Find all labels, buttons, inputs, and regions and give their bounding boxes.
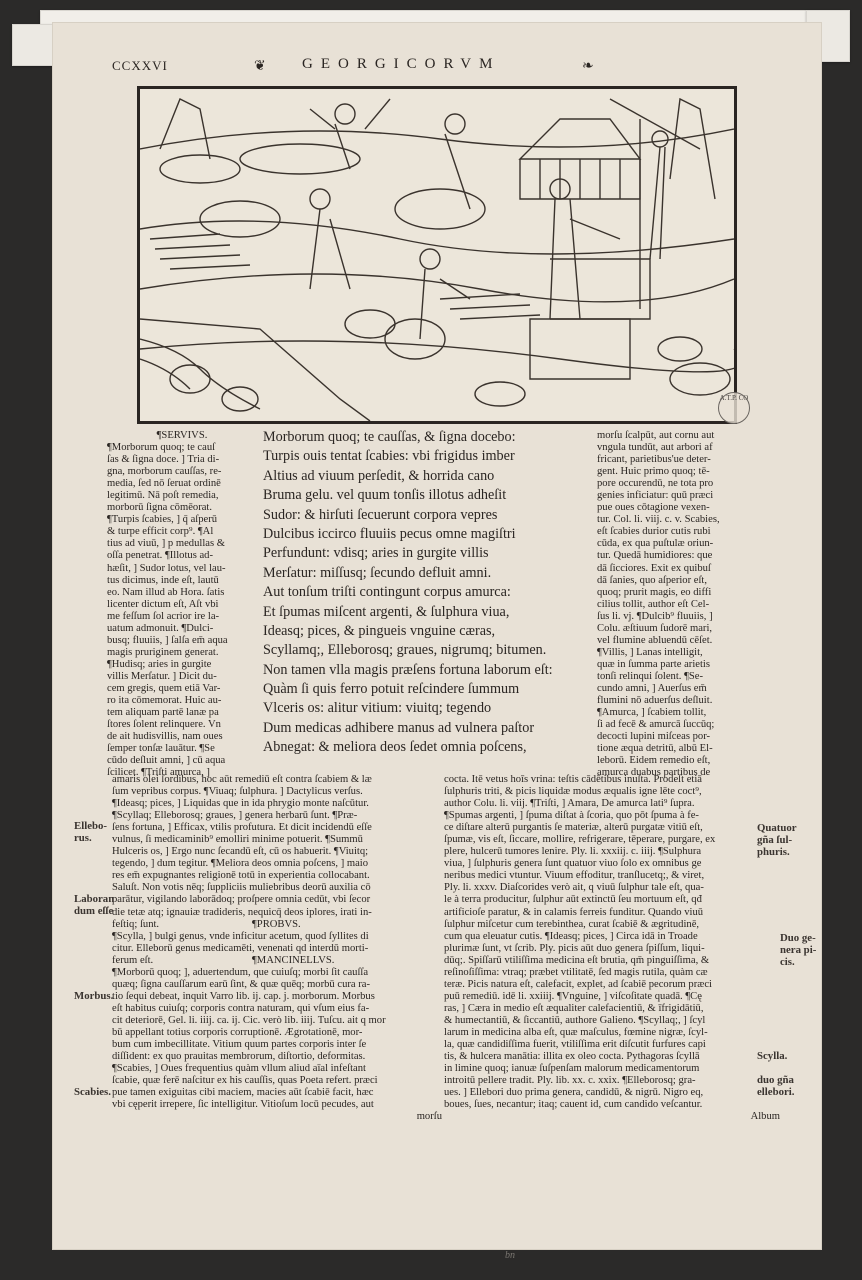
servius-line: & turpe efficit corp⁹. ¶Al [107,526,257,538]
commentary-line: ras, ] Cæra in medio eſt æqualiter calef… [444,1003,780,1015]
commentary-line: feſtiq; ſunt. [112,919,159,930]
commentary-line: neribus medici vtuntur. Viuum effoditur,… [444,870,780,882]
servius-line: ſas & ſigna doce. ] Tria di- [107,454,257,466]
verse-line: Morborum quoq; te cauſſas, & ſigna doceb… [263,428,593,447]
commentary-line: tione æqua detritū, albū El- [597,743,777,755]
servius-line: cem gregis, quem etiā Var- [107,683,257,695]
commentary-line: plere, hulcerū tumores lenire. Ply. li. … [444,846,780,858]
verse-line: Et ſpumas miſcent argenti, & ſulphura vi… [263,603,593,622]
verse-line: Scyllamq;, Elleborosq; graues, nigrumq; … [263,641,593,660]
servius-line: cūdo deſluit amni, ] cū aqua [107,755,257,767]
commentary-line: cūda, ex qua puſtulæ oriun- [597,538,777,550]
commentary-line: introitū pellere tradit. Ply. lib. xx. c… [444,1075,780,1087]
commentary-line: ſpumæ, vis eſt, ſiccare, mollire, refrig… [444,834,780,846]
mancinellus-line: cit deteriorē, Gel. li. iiij. ca. ij. Ci… [112,1015,442,1027]
marginal-note-picis: Duo ge- nera pi- cis. [780,932,816,968]
commentary-line: Colu. æſtiuum ſudorē mari, [597,623,777,635]
commentary-line: flumini nō aduerſus deſluit. [597,695,777,707]
margin-line: Scylla. [757,1050,787,1062]
margin-line: ellebori. [757,1086,794,1098]
mancinellus-line: eſt habitus cuiuſq; corporis contra natu… [112,1003,442,1015]
mounting-tape-left [12,24,54,66]
probus-heading: ¶PROBVS. [252,919,301,931]
servius-line: tem aliquam partē lanæ pa [107,707,257,719]
margin-line: Morbus. [74,990,113,1002]
verse-line: Non tamen vlla magis præſens fortuna lab… [263,661,593,680]
right-commentary: morſu ſcalpūt, aut cornu aut vngula tund… [597,430,777,779]
commentary-line: fricant, parietibus'ue deter- [597,454,777,466]
margin-line: Laboran [74,893,114,905]
servius-line: licenter dictum eſt, Aſt vbi [107,599,257,611]
commentary-line: gent. Huic primo quoq; tē- [597,466,777,478]
mancinellus-line: ¶Morborū quoq; ], aduertendum, que cuiuſ… [112,967,442,979]
commentary-line: author Colu. li. viij. ¶Triſti, ] Amara,… [444,798,780,810]
servius-line: ſemper tonſæ lauātur. ¶Se [107,743,257,755]
commentary-line-with-heading: feſtiq; ſunt. ¶PROBVS. [112,919,442,931]
margin-line: phuris. [757,846,797,858]
commentary-line: ¶Amurca, ] ſcabiem tollit, [597,707,777,719]
commentary-line: Saluſt. Non votis nēq; ſuppliciis mulieb… [112,882,442,894]
servius-line: magis pruriginem generat. [107,647,257,659]
servius-line: legitimū. Nā poſt remedia, [107,490,257,502]
fleuron-right-icon: ❧ [582,58,595,75]
commentary-line: decocti lupini miſceas por- [597,731,777,743]
catchword: morſu [112,1111,442,1123]
marginal-note-scabies: Scabies. [74,1086,111,1098]
verse-line: Dum medicas adhibere manus ad vulnera pa… [263,719,593,738]
commentary-line: vulnus, ſi medicaminib⁹ emolliri minime … [112,834,442,846]
commentary-line: Ply. li. xxxv. Diaſcorides verò ait, q v… [444,882,780,894]
servius-line: uatum admonuit. ¶Dulci- [107,623,257,635]
verse-text: Morborum quoq; te cauſſas, & ſigna doceb… [263,428,593,758]
probus-line: citur. Elleborū genus medicamēti, venena… [112,943,442,955]
commentary-line: cilius tollit, author eſt Cel- [597,599,777,611]
verse-line: Merſatur: miſſusq; ſecundo defluit amni. [263,564,593,583]
servius-line: tus dicimus, inde eſt, lautū [107,575,257,587]
commentary-line: pore occurendū, ne tota pro [597,478,777,490]
fleuron-left-icon: ❦ [254,58,267,75]
mancinellus-line: vbi cęperit irrepere, ſic intelligitur. … [112,1099,442,1111]
servius-line: oſſa penetrat. ¶Illotus ad- [107,550,257,562]
page-header: CCXXVI ❦ GEORGICORVM ❧ [112,56,672,80]
mancinellus-line: bū appellant totius corporis corruptionē… [112,1027,442,1039]
catchword: Album [444,1111,780,1123]
servius-line: busq; fluuiis, ] ſalſa em̄ aqua [107,635,257,647]
probus-line: ferum eſt. [112,955,153,966]
commentary-line: larum in medicina alba eſt, quæ maſculus… [444,1027,780,1039]
margin-line: duo gña [757,1074,794,1086]
commentary-line: eſt ſcabies durior cutis rubi [597,526,777,538]
mancinellus-line: pue tamen exiguitas cibi maciem, macies … [112,1087,442,1099]
margin-line: Scabies. [74,1086,111,1098]
commentary-line: cundo amni, ] Auerſus em̄ [597,683,777,695]
verse-line: Aut tonſum triſti contingunt corpus amur… [263,583,593,602]
margin-line: Ellebo- [74,820,107,832]
servius-line: eo. Nam illud ab Hora. ſatis [107,587,257,599]
commentary-line: vngula tundūt, aut arbori af [597,442,777,454]
verse-line: Ideasq; pices, & pingueis vnguine cæras, [263,622,593,641]
commentary-line: ¶Spumas argenti, ] ſpuma diſtat à ſcoria… [444,810,780,822]
servius-line: morborū ſigna cōmēorat. [107,502,257,514]
probus-line-with-heading: ferum eſt. ¶MANCINELLVS. [112,955,442,967]
marginal-note-laborandum: Laboran dum eſſe [74,893,114,917]
verse-line: Abnegat: & meliora deos ſedet omnia poſc… [263,738,593,757]
commentary-line: in limine quoq; ianuæ ſuſpenſam malorum … [444,1063,780,1075]
commentary-line: plurimæ ſunt, vt ſcrib. Ply. picis aūt d… [444,943,780,955]
marginal-note-scylla: Scylla. [757,1050,787,1062]
margin-line: dum eſſe [74,905,114,917]
marginal-note-morbus: Morbus. [74,990,113,1002]
commentary-line: teræ. Picis natura eſt, calefacit, exple… [444,979,780,991]
margin-line: Quatuor [757,822,797,834]
mancinellus-line: tio ſequi debeat, inquit Varro lib. ij. … [112,991,442,1003]
servius-commentary: ¶SERVIVS. ¶Morborum quoq; te cauſ ſas & … [107,430,257,779]
commentary-line: dūq;. Spiſſarū vtiliſſima medicina eſt b… [444,955,780,967]
commentary-line: pue oues cōtagione vexen- [597,502,777,514]
commentary-line: ſulphuris triti, & picis liquidæ modus æ… [444,786,780,798]
commentary-line: boues, ſues, necantur; itaq; cauent id, … [444,1099,780,1111]
commentary-line: dā ſanies, quo aſperior eſt, [597,575,777,587]
servius-line: ¶Hudisq; aries in gurgite [107,659,257,671]
servius-line: ſtores ſolent relinquere. Vn [107,719,257,731]
servius-line: ¶Turpis ſcabies, ] q̄ aſperū [107,514,257,526]
mancinellus-heading: ¶MANCINELLVS. [252,955,334,967]
woodcut-scene-icon [140,89,734,421]
commentary-line: quoq; prurit magis, eo diffi [597,587,777,599]
commentary-line: vel flumine abluendū cēſet. [597,635,777,647]
margin-line: cis. [780,956,816,968]
commentary-line: ce diſtare alterū purgantis ſe materiæ, … [444,822,780,834]
verse-line: Turpis ouis tentat ſcabies: vbi frigidus… [263,447,593,466]
commentary-line: la, quæ candidiſſima fuerit, vtiliſſima … [444,1039,780,1051]
servius-line: me feſſum ſol acrior ire la- [107,611,257,623]
servius-line: gna, morborum cauſſas, re- [107,466,257,478]
commentary-line: parātur, vigilando laborādoq; proſpere o… [112,894,442,906]
commentary-line: puū remediū. idē li. xxiiij. ¶Vnguine, ]… [444,991,780,1003]
commentary-line: tis, & hulcera manātia: illita ex oleo c… [444,1051,780,1063]
commentary-line: ¶Ideasq; pices, ] Liquidas que in ida ph… [112,798,442,810]
servius-line: hæſit, ] Sudor lotus, vel lau- [107,563,257,575]
margin-line: nera pi- [780,944,816,956]
verse-line: Bruma gelu. vel quum tonſis illotus adhe… [263,486,593,505]
commentary-line: dā ſicciores. Exit ex quibuſ [597,563,777,575]
servius-line: ¶Morborum quoq; te cauſ [107,442,257,454]
marginal-note-ellebori: duo gña ellebori. [757,1074,794,1098]
margin-line: gña ſul- [757,834,797,846]
margin-line: Duo ge- [780,932,816,944]
commentary-line: tegendo, ] dum tegitur. ¶Meliora deos om… [112,858,442,870]
commentary-line: Hulceris os, ] Ergo nunc ſecandū eſt, cū… [112,846,442,858]
margin-line: rus. [74,832,107,844]
commentary-line: viua, ] ſulphuris genera ſunt quatuor vi… [444,858,780,870]
servius-line: media, ſed nō ſeruat ordinē [107,478,257,490]
commentary-line: ues. ] Ellebori duo prima genera, candid… [444,1087,780,1099]
mancinellus-line: diſſident: ex quo prauitas membrorum, di… [112,1051,442,1063]
commentary-line: ſulphur miſcetur cum terebinthea, curat … [444,919,780,931]
mancinellus-line: ¶Scabies, ] Oues frequentius quàm vllum … [112,1063,442,1075]
mancinellus-line: quæq; ſigna cauſſarum earū ſint, & quæ q… [112,979,442,991]
commentary-line: ¶Scyllaq; Elleborosq; graues, ] genera h… [112,810,442,822]
commentary-line: tur. Quedā humidiores: que [597,550,777,562]
mancinellus-line: ſcabie, quæ ferē naſcitur ex his cauſſis… [112,1075,442,1087]
probus-line: ¶Scylla, ] bulgi genus, vnde inficitur a… [112,931,442,943]
pencil-annotation: bn [505,1250,515,1261]
lower-right-commentary: cocta. Itē vetus hoīs vrina: teſtis cādē… [444,774,780,1123]
verse-line: Sudor: & hirſuti ſecuerunt corpora vepre… [263,506,593,525]
commentary-line: tur. Col. li. viij. c. v. Scabies, [597,514,777,526]
commentary-line: reſinoſiſſima: vtraq; præbet vtilitatē, … [444,967,780,979]
commentary-line: ſens fortuna, ] Efficax, vtilis profutur… [112,822,442,834]
woodcut-illustration [137,86,737,424]
commentary-line: morſu ſcalpūt, aut cornu aut [597,430,777,442]
verse-line: Altius ad viuum perſedit, & horrida cano [263,467,593,486]
marginal-note-ellebores: Ellebo- rus. [74,820,107,844]
commentary-line: cocta. Itē vetus hoīs vrina: teſtis cādē… [444,774,780,786]
servius-line: tius ad viuū, ] p medullas & [107,538,257,550]
library-stamp: A.T.P. CO [718,392,750,424]
commentary-line: le à terra producitur, ſulphur aūt extin… [444,894,780,906]
folio-number: CCXXVI [112,58,168,74]
mancinellus-line: bum cum imbecillitate. Vitium quum parte… [112,1039,442,1051]
commentary-line: genies inficiatur: quū præci [597,490,777,502]
commentary-line: die tetæ atq; ignauiæ tradideris, nequic… [112,907,442,919]
commentary-line: ſi ad fecē & amurcā ſuccūq; [597,719,777,731]
marginal-note-sulphur: Quatuor gña ſul- phuris. [757,822,797,858]
commentary-line: res em̄ expugnantes religionē totū in ex… [112,870,442,882]
commentary-line: quæ in ſumma parte arietis [597,659,777,671]
verse-line: Quàm ſi quis ferro potuit reſcindere ſum… [263,680,593,699]
commentary-line: tonſi relinqui ſolent. ¶Se- [597,671,777,683]
servius-line: ro ita cōmemorat. Huic au- [107,695,257,707]
servius-heading: ¶SERVIVS. [107,430,257,442]
commentary-line: ¶Villis, ] Lanas intelligit, [597,647,777,659]
commentary-line: amaris olei ſordibus, hoc aūt remediū eſ… [112,774,442,786]
servius-line: de ait hudisvillis, nam oues [107,731,257,743]
commentary-line: leborū. Eidem remedio eſt, [597,755,777,767]
verse-line: Perfundunt: vdisq; aries in gurgite vill… [263,544,593,563]
verse-line: Vlceris os: alitur vitium: viuitq; tegen… [263,699,593,718]
lower-left-commentary: amaris olei ſordibus, hoc aūt remediū eſ… [112,774,442,1123]
commentary-line: ſus li. vj. ¶Dulcib⁹ fluuiis, ] [597,611,777,623]
servius-line: villis Merſatur. ] Dicit du- [107,671,257,683]
running-title: GEORGICORVM [302,56,500,73]
commentary-line: artificioſe paratur, & in calamis ferrei… [444,907,780,919]
commentary-line: ſum vepribus corpus. ¶Viuaq; ſulphura. ]… [112,786,442,798]
commentary-line: & humectantiū, & ſiccantiū, authore Gali… [444,1015,780,1027]
verse-line: Dulcibus iccirco fluuiis pecus omne magi… [263,525,593,544]
commentary-line: cum qua eleuatur cutis. ¶Ideasq; pices, … [444,931,780,943]
